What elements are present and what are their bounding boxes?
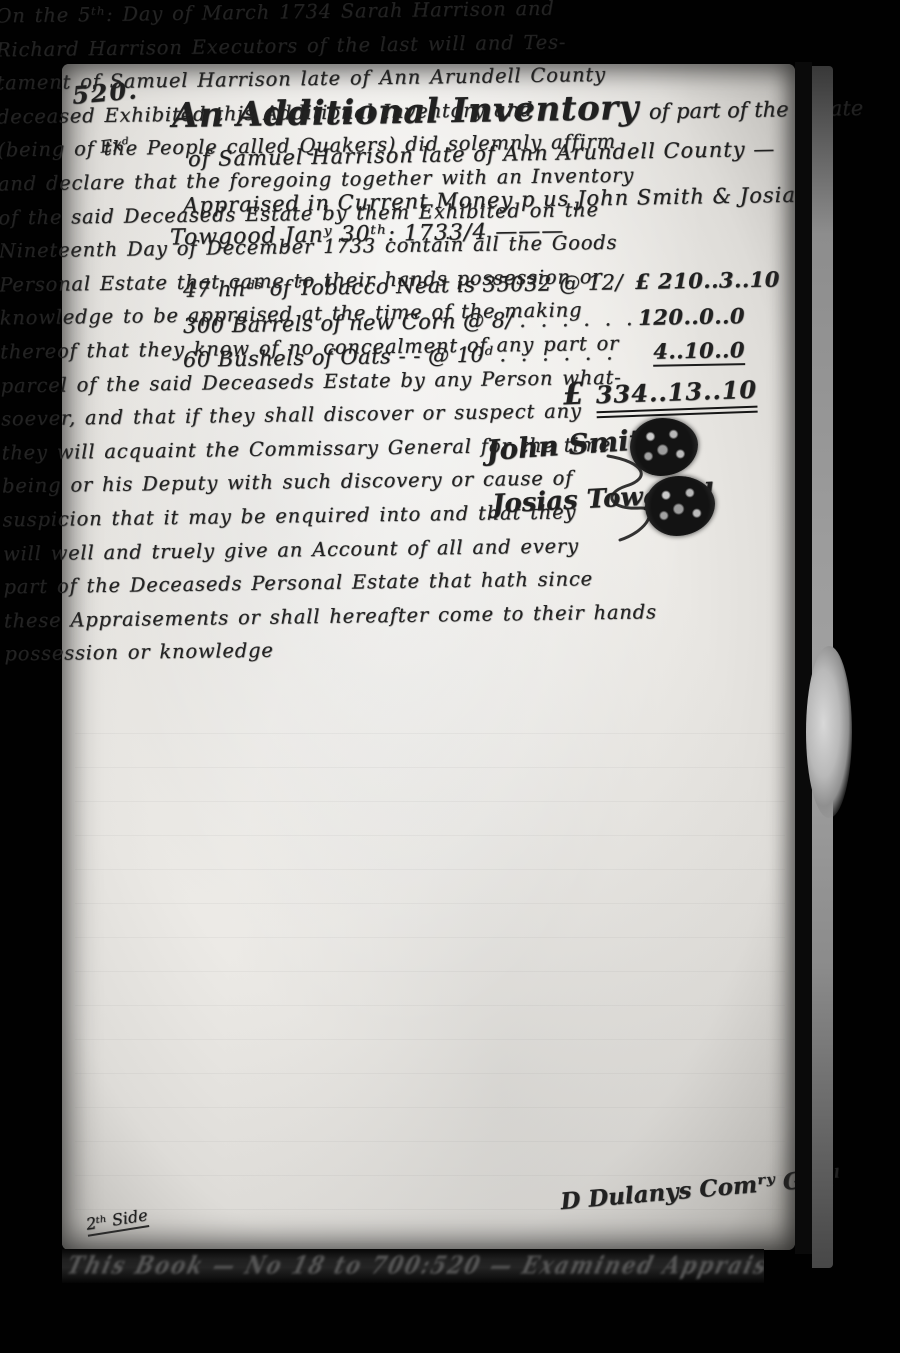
item-amount: £ 210..3..10: [635, 266, 780, 294]
thumb-bulge: [806, 646, 852, 818]
attestation-paragraph: On the 5ᵗʰ: Day of March 1734 Sarah Harr…: [0, 0, 645, 676]
document-scan: 520. Exᵈ An Additional Inventory of part…: [0, 0, 900, 1353]
item-amount: 120..0..0: [638, 303, 745, 330]
page-gutter-shadow: [795, 62, 812, 1254]
footer-text-strip: This Book — No 18 to 700:520 — Examined …: [62, 1249, 764, 1283]
footer-strip-text: This Book — No 18 to 700:520 — Examined …: [64, 1250, 764, 1280]
item-amount: 4..10..0: [653, 337, 745, 367]
